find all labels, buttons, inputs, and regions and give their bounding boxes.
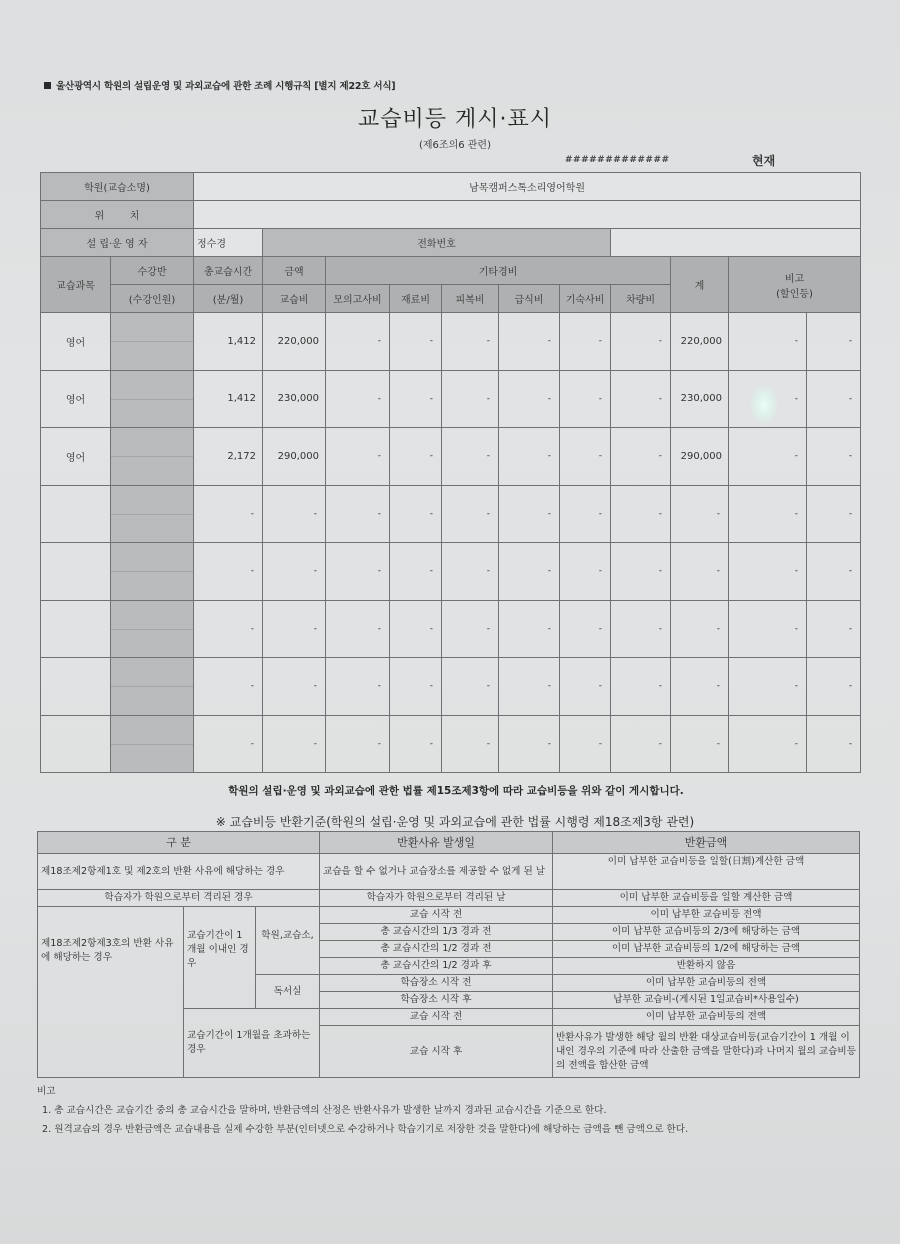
case3-occurrence: 교습 시작 전 <box>320 907 553 924</box>
academy-name-value: 남목캠퍼스톡소리영어학원 <box>194 173 861 201</box>
case3-amount: 이미 납부한 교습비등의 전액 <box>553 1009 860 1026</box>
fee-row: ----------- <box>41 600 861 658</box>
phone-label: 전화번호 <box>263 229 611 257</box>
cell-other-fee: - <box>390 658 442 716</box>
cell-subject <box>41 715 111 773</box>
academy-name-label: 학원(교습소명) <box>41 173 194 201</box>
cell-total: - <box>671 600 729 658</box>
location-label: 위 치 <box>41 201 194 229</box>
cell-hours: 1,412 <box>194 370 263 428</box>
case2-occurrence: 학습자가 학원으로부터 격리된 날 <box>320 890 553 907</box>
cell-total: - <box>671 658 729 716</box>
header-hours: 총교습시간 <box>194 257 263 285</box>
fee-row: 영어1,412220,000------220,000-- <box>41 313 861 371</box>
cell-other-fee: - <box>560 428 611 486</box>
cell-other-fee: - <box>560 543 611 601</box>
cell-other-fee: - <box>326 485 390 543</box>
cell-remarks: - <box>807 658 861 716</box>
case3-over-month: 교습기간이 1개월을 초과하는 경우 <box>184 1009 320 1078</box>
case3-amount: 납부한 교습비-(게시된 1일교습비*사용일수) <box>553 992 860 1009</box>
cell-subject <box>41 543 111 601</box>
header-mock-exam-fee: 모의고사비 <box>326 285 390 313</box>
cell-other-fee: - <box>499 543 560 601</box>
case1-amount: 이미 납부한 교습비등을 일할(日割)계산한 금액 <box>553 854 860 890</box>
cell-total: - <box>671 543 729 601</box>
document-subtitle: (제6조의6 관련) <box>0 136 900 151</box>
cell-subject: 영어 <box>41 428 111 486</box>
case3-reading-room: 독서실 <box>256 975 320 1009</box>
case3-amount: 반환사유가 발생한 해당 월의 반환 대상교습비등(교습기간이 1 개월 이내인… <box>553 1026 860 1078</box>
cell-other-fee: - <box>560 600 611 658</box>
case3-amount: 이미 납부한 교습비등의 전액 <box>553 975 860 992</box>
form-reference: 울산광역시 학원의 설립운영 및 과외교습에 관한 조례 시행규칙 [별지 제2… <box>44 78 395 92</box>
fee-row: ----------- <box>41 715 861 773</box>
operator-label: 설 립·운 영 자 <box>41 229 194 257</box>
refund-header-category: 구 분 <box>38 832 320 854</box>
case3-occurrence: 총 교습시간의 1/2 경과 전 <box>320 941 553 958</box>
refund-header-occurrence: 반환사유 발생일 <box>320 832 553 854</box>
header-remarks-bottom: (할인등) <box>776 289 813 300</box>
cell-other-fee: - <box>560 485 611 543</box>
cell-other-fee: - <box>326 370 390 428</box>
cell-remarks: - <box>729 600 807 658</box>
cell-other-fee: - <box>390 715 442 773</box>
posting-note: 학원의 설립·운영 및 과외교습에 관한 법률 제15조제3항에 따라 교습비등… <box>0 783 900 798</box>
cell-other-fee: - <box>499 658 560 716</box>
header-class: 수강반 <box>111 257 194 285</box>
cell-class <box>111 370 194 428</box>
cell-remarks: - <box>807 485 861 543</box>
header-remarks-top: 비고 <box>785 274 804 285</box>
cell-class <box>111 485 194 543</box>
case3-amount: 이미 납부한 교습비등 전액 <box>553 907 860 924</box>
header-subject: 교습과목 <box>41 257 111 313</box>
cell-total: 220,000 <box>671 313 729 371</box>
cell-other-fee: - <box>442 600 499 658</box>
cell-remarks: - <box>807 715 861 773</box>
cell-other-fee: - <box>326 313 390 371</box>
case1-category: 제18조제2항제1호 및 제2호의 반환 사유에 해당하는 경우 <box>38 854 320 890</box>
header-remarks: 비고(할인등) <box>729 257 861 313</box>
cell-tuition: - <box>263 485 326 543</box>
operator-name: 정수경 <box>194 229 263 257</box>
case3-occurrence: 총 교습시간의 1/3 경과 전 <box>320 924 553 941</box>
case2-amount: 이미 납부한 교습비등을 일할 계산한 금액 <box>553 890 860 907</box>
cell-total: - <box>671 485 729 543</box>
cell-other-fee: - <box>611 428 671 486</box>
header-meal-fee: 급식비 <box>499 285 560 313</box>
cell-hours: 2,172 <box>194 428 263 486</box>
case3-academy: 학원,교습소, <box>256 907 320 975</box>
cell-subject <box>41 600 111 658</box>
header-dorm-fee: 기숙사비 <box>560 285 611 313</box>
cell-tuition: 220,000 <box>263 313 326 371</box>
case3-occurrence: 총 교습시간의 1/2 경과 후 <box>320 958 553 975</box>
cell-other-fee: - <box>560 658 611 716</box>
cell-class <box>111 658 194 716</box>
cell-other-fee: - <box>442 715 499 773</box>
cell-subject: 영어 <box>41 313 111 371</box>
posting-date-suffix: 현재 <box>752 152 775 169</box>
cell-remarks: - <box>729 428 807 486</box>
cell-other-fee: - <box>560 313 611 371</box>
cell-hours: - <box>194 600 263 658</box>
case3-amount: 이미 납부한 교습비등의 1/2에 해당하는 금액 <box>553 941 860 958</box>
cell-class <box>111 543 194 601</box>
cell-tuition: 230,000 <box>263 370 326 428</box>
cell-subject: 영어 <box>41 370 111 428</box>
cell-other-fee: - <box>390 370 442 428</box>
cell-tuition: - <box>263 543 326 601</box>
cell-other-fee: - <box>560 715 611 773</box>
light-glare <box>750 385 778 425</box>
refund-heading: ※ 교습비등 반환기준(학원의 설립·운영 및 과외교습에 관한 법률 시행령 … <box>0 813 900 830</box>
fee-row: 영어2,172290,000------290,000-- <box>41 428 861 486</box>
cell-other-fee: - <box>326 428 390 486</box>
cell-tuition: - <box>263 715 326 773</box>
header-hours-unit: (분/월) <box>194 285 263 313</box>
cell-other-fee: - <box>390 600 442 658</box>
cell-other-fee: - <box>499 428 560 486</box>
case3-amount: 반환하지 않음 <box>553 958 860 975</box>
cell-tuition: - <box>263 600 326 658</box>
case3-occurrence: 교습 시작 후 <box>320 1026 553 1078</box>
case3-amount: 이미 납부한 교습비등의 2/3에 해당하는 금액 <box>553 924 860 941</box>
cell-other-fee: - <box>499 370 560 428</box>
refund-header-amount: 반환금액 <box>553 832 860 854</box>
cell-other-fee: - <box>326 658 390 716</box>
header-other-fees: 기타경비 <box>326 257 671 285</box>
cell-other-fee: - <box>442 658 499 716</box>
cell-other-fee: - <box>499 600 560 658</box>
cell-remarks: - <box>729 658 807 716</box>
cell-other-fee: - <box>611 370 671 428</box>
refund-table: 구 분 반환사유 발생일 반환금액 제18조제2항제1호 및 제2호의 반환 사… <box>37 831 860 1078</box>
cell-hours: 1,412 <box>194 313 263 371</box>
cell-remarks: - <box>729 313 807 371</box>
header-uniform-fee: 피복비 <box>442 285 499 313</box>
cell-remarks: - <box>729 715 807 773</box>
cell-hours: - <box>194 543 263 601</box>
header-amount: 금액 <box>263 257 326 285</box>
cell-hours: - <box>194 485 263 543</box>
fee-row: ----------- <box>41 543 861 601</box>
note-item: 2. 원격교습의 경우 반환금액은 교습내용을 실제 수강한 부분(인터넷으로 … <box>42 1121 688 1135</box>
cell-other-fee: - <box>442 313 499 371</box>
form-reference-text: 울산광역시 학원의 설립운영 및 과외교습에 관한 조례 시행규칙 [별지 제2… <box>56 81 395 92</box>
case1-occurrence: 교습을 할 수 없거나 교습장소를 제공할 수 없게 된 날 <box>320 854 553 890</box>
header-material-fee: 재료비 <box>390 285 442 313</box>
cell-hours: - <box>194 715 263 773</box>
case3-within-month: 교습기간이 1 개월 이내인 경우 <box>184 907 256 1009</box>
cell-tuition: - <box>263 658 326 716</box>
cell-other-fee: - <box>611 543 671 601</box>
cell-class <box>111 428 194 486</box>
cell-other-fee: - <box>611 715 671 773</box>
header-total: 계 <box>671 257 729 313</box>
cell-class <box>111 600 194 658</box>
cell-other-fee: - <box>611 658 671 716</box>
cell-other-fee: - <box>390 543 442 601</box>
header-tuition: 교습비 <box>263 285 326 313</box>
cell-class <box>111 715 194 773</box>
cell-other-fee: - <box>611 600 671 658</box>
cell-total: 290,000 <box>671 428 729 486</box>
document-title: 교습비등 게시·표시 <box>0 102 900 133</box>
cell-total: - <box>671 715 729 773</box>
cell-other-fee: - <box>390 428 442 486</box>
document-paper: 울산광역시 학원의 설립운영 및 과외교습에 관한 조례 시행규칙 [별지 제2… <box>0 0 900 1244</box>
cell-other-fee: - <box>442 370 499 428</box>
posting-date: ############# <box>565 155 670 165</box>
cell-hours: - <box>194 658 263 716</box>
cell-remarks: - <box>807 543 861 601</box>
fee-row: ----------- <box>41 485 861 543</box>
header-class-count: (수강인원) <box>111 285 194 313</box>
case3-occurrence: 학습장소 시작 전 <box>320 975 553 992</box>
case3-occurrence: 학습장소 시작 후 <box>320 992 553 1009</box>
cell-subject <box>41 485 111 543</box>
cell-remarks: - <box>807 600 861 658</box>
cell-other-fee: - <box>326 543 390 601</box>
cell-other-fee: - <box>499 715 560 773</box>
cell-other-fee: - <box>560 370 611 428</box>
square-bullet-icon <box>44 82 51 89</box>
note-item: 1. 총 교습시간은 교습기간 중의 총 교습시간을 말하며, 반환금액의 산정… <box>42 1102 688 1116</box>
cell-other-fee: - <box>611 485 671 543</box>
cell-other-fee: - <box>326 715 390 773</box>
fee-row: ----------- <box>41 658 861 716</box>
cell-other-fee: - <box>499 485 560 543</box>
cell-other-fee: - <box>442 485 499 543</box>
cell-other-fee: - <box>326 600 390 658</box>
cell-other-fee: - <box>499 313 560 371</box>
cell-tuition: 290,000 <box>263 428 326 486</box>
fee-table: 학원(교습소명) 남목캠퍼스톡소리영어학원 위 치 설 립·운 영 자 정수경 … <box>40 172 861 773</box>
cell-other-fee: - <box>390 485 442 543</box>
notes-title: 비고 <box>37 1083 688 1097</box>
header-vehicle-fee: 차량비 <box>611 285 671 313</box>
cell-total: 230,000 <box>671 370 729 428</box>
cell-other-fee: - <box>390 313 442 371</box>
fee-row: 영어1,412230,000------230,000-- <box>41 370 861 428</box>
cell-subject <box>41 658 111 716</box>
notes: 비고 1. 총 교습시간은 교습기간 중의 총 교습시간을 말하며, 반환금액의… <box>37 1083 688 1140</box>
cell-remarks: - <box>807 370 861 428</box>
cell-remarks: - <box>807 313 861 371</box>
cell-other-fee: - <box>611 313 671 371</box>
case3-category: 제18조제2항제3호의 반환 사유에 해당하는 경우 <box>38 907 184 1078</box>
case2-category: 학습자가 학원으로부터 격리된 경우 <box>38 890 320 907</box>
location-value <box>194 201 861 229</box>
cell-remarks: - <box>729 543 807 601</box>
phone-value <box>611 229 861 257</box>
case3-occurrence: 교습 시작 전 <box>320 1009 553 1026</box>
cell-remarks: - <box>807 428 861 486</box>
cell-remarks: - <box>729 485 807 543</box>
cell-class <box>111 313 194 371</box>
cell-other-fee: - <box>442 428 499 486</box>
cell-other-fee: - <box>442 543 499 601</box>
